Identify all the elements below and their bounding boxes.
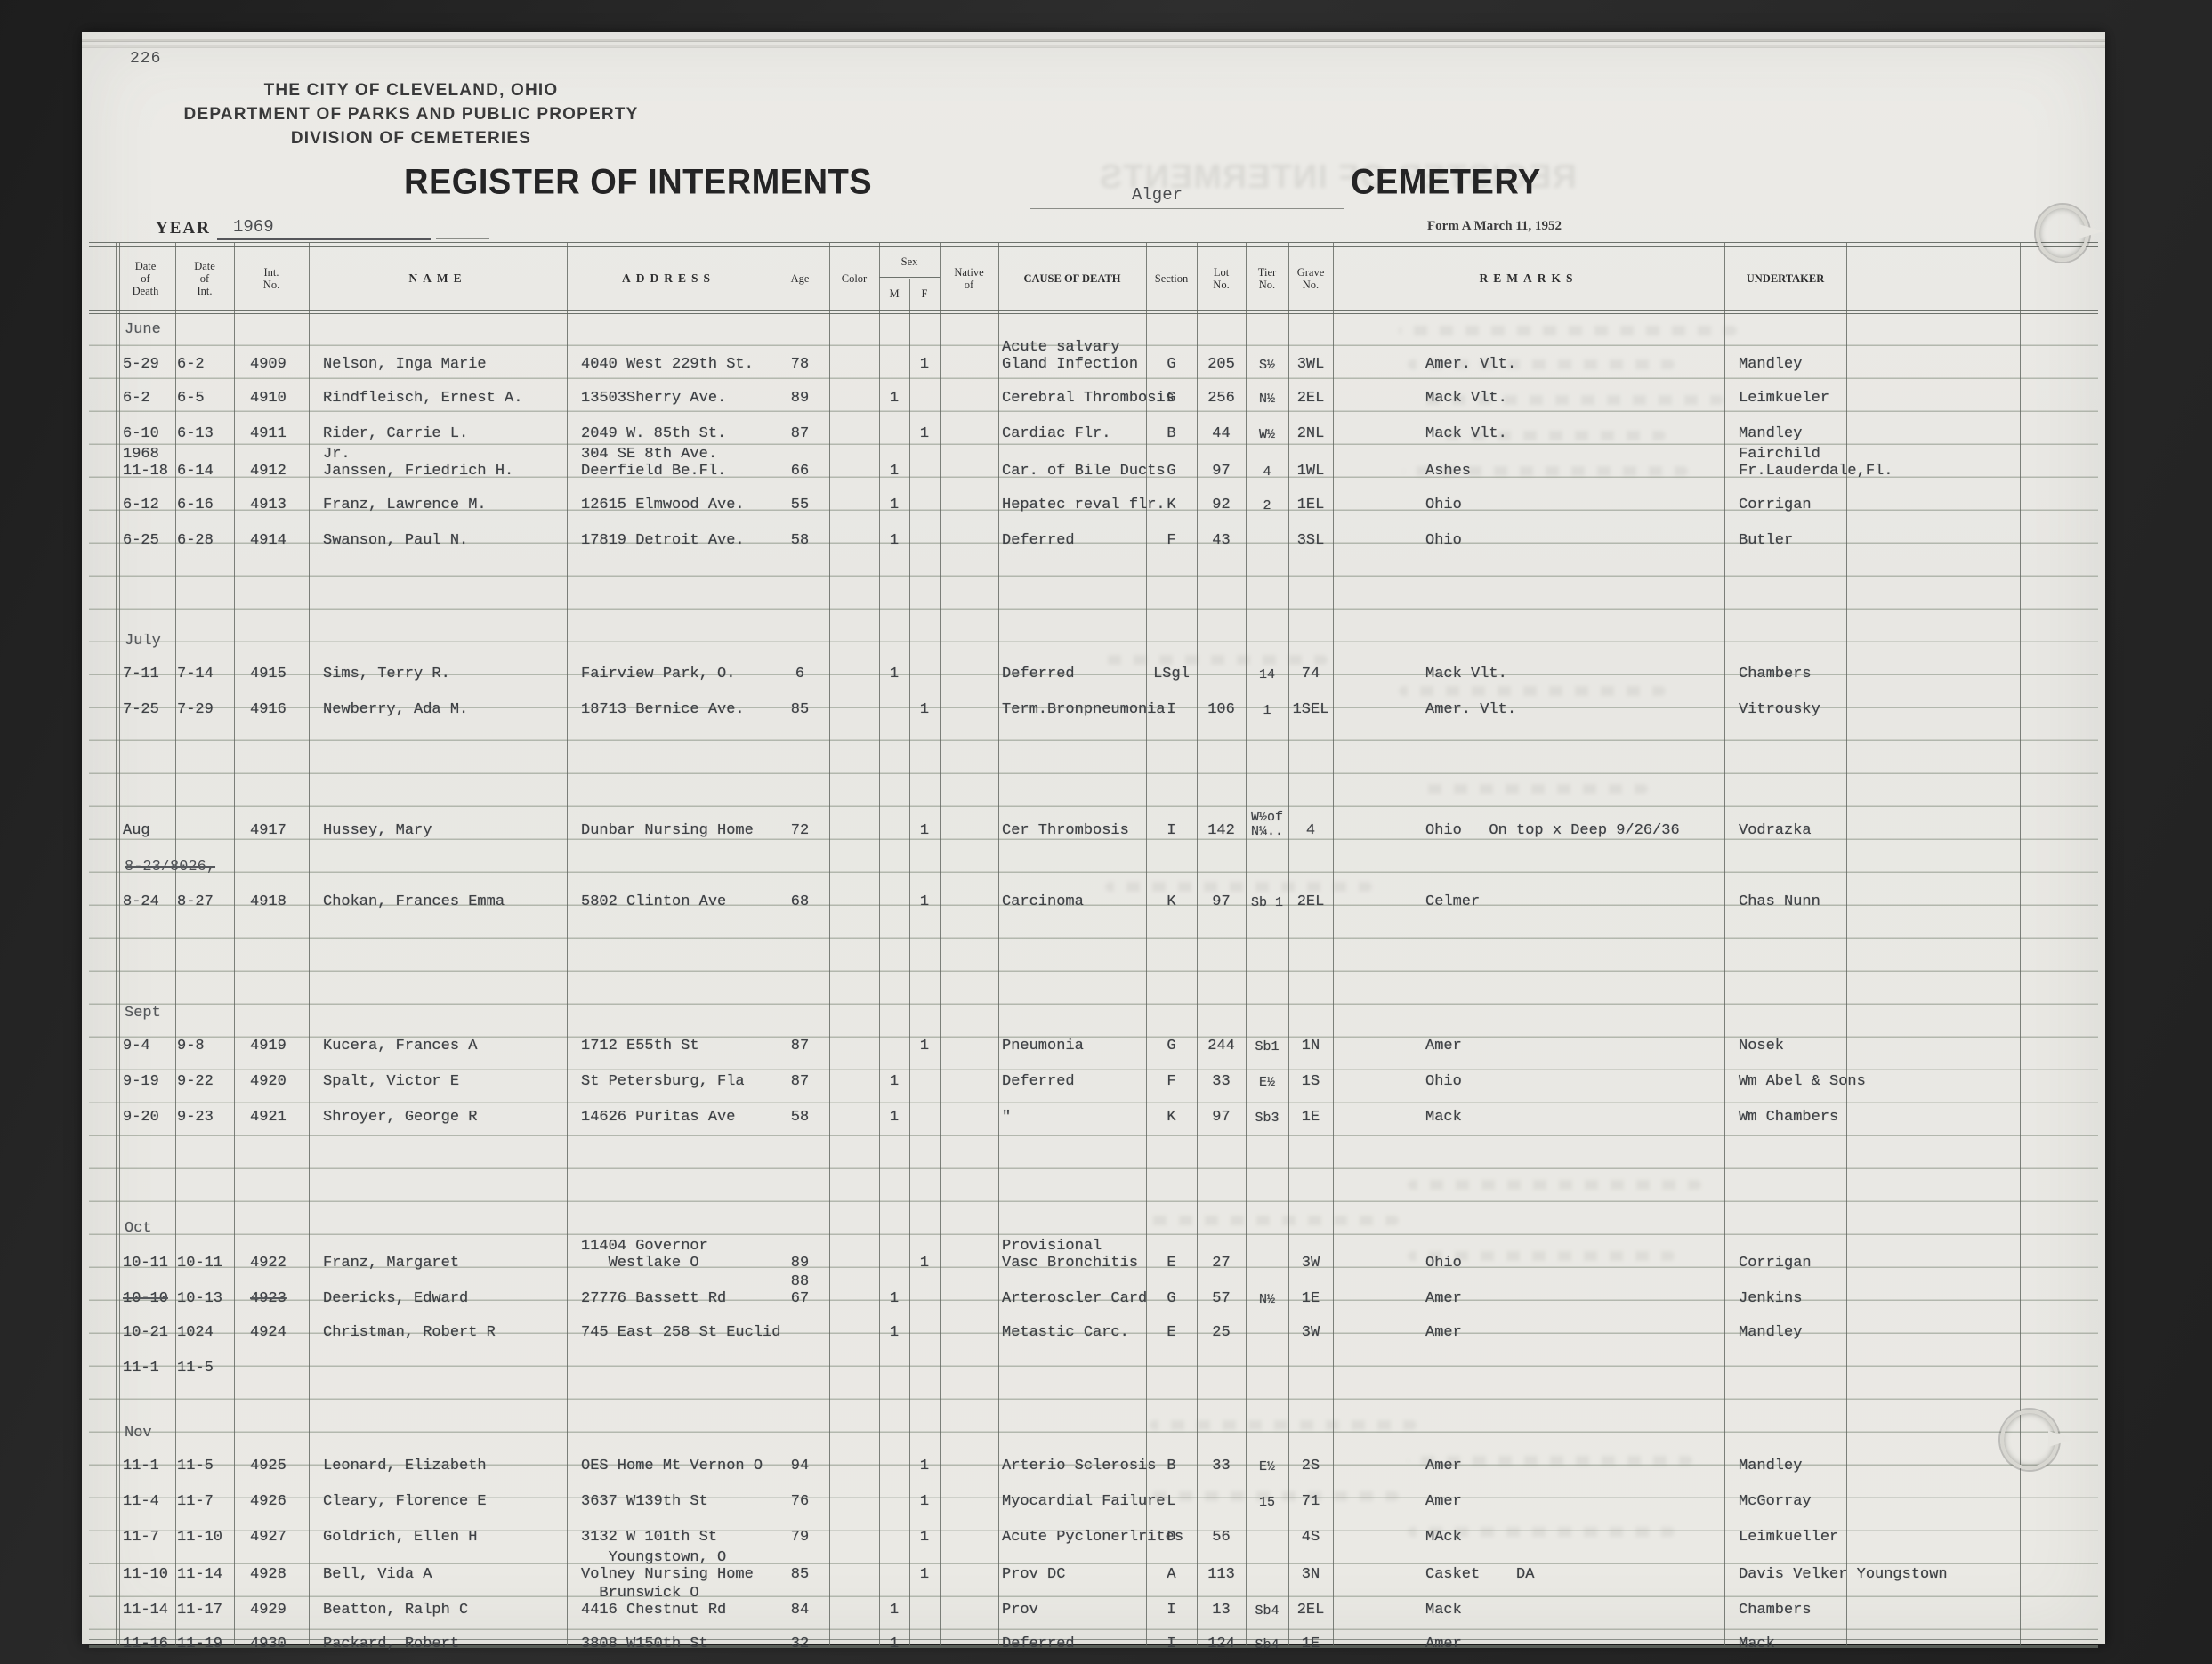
cell-color: [829, 1239, 879, 1276]
cell-date-of-death: 11-1: [116, 1443, 175, 1479]
cell-date-of-interment: 9-23: [175, 1095, 234, 1130]
cell-date-of-death: 9-4: [116, 1023, 175, 1059]
cell-lot-no: 106: [1197, 687, 1246, 723]
cell-blank: [1846, 411, 2020, 447]
cell-lot-no: 205: [1197, 340, 1246, 377]
cell-sex-female: 1: [909, 1443, 940, 1479]
empty-ruled-rows: [116, 915, 2020, 956]
cell-grave-no: 4: [1288, 808, 1333, 844]
cell-undertaker: Davis Velker Youngstown: [1724, 1550, 1846, 1587]
cell-name: Spalt, Victor E: [309, 1059, 567, 1095]
cell-name: Hussey, Mary: [309, 808, 567, 844]
cell-tier-no: Sb4: [1246, 1621, 1288, 1657]
cell-native-of: [940, 651, 998, 687]
cell-color: [829, 340, 879, 377]
cell-sex-male: [879, 1479, 909, 1515]
cell-sex-female: [909, 1586, 940, 1623]
cell-blank: [1846, 687, 2020, 723]
cell-color: [829, 1443, 879, 1479]
cell-remarks: [1333, 1345, 1724, 1381]
cell-lot-no: 142: [1197, 808, 1246, 844]
cell-interment-no: 4915: [234, 651, 309, 687]
cell-grave-no: 2EL: [1288, 1586, 1333, 1623]
interment-row: Aug4917Hussey, MaryDunbar Nursing Home72…: [116, 808, 2020, 844]
bleedthrough-smudge: [1408, 359, 1675, 369]
cell-age: [771, 1345, 829, 1381]
cell-lot-no: [1197, 1345, 1246, 1381]
month-label: Oct: [125, 1220, 152, 1237]
cell-cause-of-death: Acute Pyclonerlrites: [998, 1515, 1146, 1550]
bleedthrough-smudge: [1105, 882, 1372, 892]
paper-sheet: REGISTER OF INTERMENTS 226 THE CITY OF C…: [82, 32, 2105, 1644]
cell-grave-no: 4S: [1288, 1515, 1333, 1550]
cell-native-of: [940, 518, 998, 553]
cell-cause-of-death: Prov DC: [998, 1550, 1146, 1587]
cell-date-of-death: 9-19: [116, 1059, 175, 1095]
cell-name: Bell, Vida A: [309, 1550, 567, 1587]
cell-remarks: Amer. Vlt.: [1333, 340, 1724, 377]
cell-interment-no: 4928: [234, 1550, 309, 1587]
cell-date-of-death: 7-25: [116, 687, 175, 723]
cell-undertaker: McGorray: [1724, 1479, 1846, 1515]
interment-row: 11-111-54925Leonard, ElizabethOES Home M…: [116, 1443, 2020, 1479]
cell-interment-no: 4910: [234, 376, 309, 411]
col-header-remarks: REMARKS: [1333, 246, 1724, 310]
cell-remarks: Mack Vlt.: [1333, 651, 1724, 687]
cell-name: Chokan, Frances Emma: [309, 879, 567, 915]
cell-interment-no: [234, 1345, 309, 1381]
table-header: Date of Death Date of Int. Int. No. NAME…: [116, 246, 2020, 310]
cell-interment-no: 4918: [234, 879, 309, 915]
cell-address: 2049 W. 85th St.: [567, 411, 771, 447]
cell-grave-no: 1E: [1288, 1621, 1333, 1657]
cell-native-of: [940, 1059, 998, 1095]
cell-blank: [1846, 447, 2020, 484]
cell-cause-of-death: Metastic Carc.: [998, 1310, 1146, 1345]
cell-name: Sims, Terry R.: [309, 651, 567, 687]
cell-native-of: [940, 447, 998, 484]
cell-undertaker: Mack: [1724, 1621, 1846, 1657]
cell-address: 27776 Bassett Rd: [567, 1274, 771, 1312]
cell-age: 87: [771, 411, 829, 447]
cell-remarks: Ohio On top x Deep 9/26/36: [1333, 808, 1724, 844]
cell-tier-no: [1246, 1550, 1288, 1587]
cell-lot-no: 113: [1197, 1550, 1246, 1587]
cell-undertaker: Leimkueler: [1724, 376, 1846, 411]
cell-sex-female: [909, 651, 940, 687]
cell-sex-female: 1: [909, 1550, 940, 1587]
cell-cause-of-death: Provisional Vasc Bronchitis: [998, 1239, 1146, 1276]
cell-lot-no: 44: [1197, 411, 1246, 447]
cell-cause-of-death: Term.Bronpneumonia: [998, 687, 1146, 723]
cell-date-of-interment: 11-17: [175, 1586, 234, 1623]
cell-address: OES Home Mt Vernon O: [567, 1443, 771, 1479]
cell-blank: [1846, 1515, 2020, 1550]
cell-color: [829, 482, 879, 518]
cell-remarks: Amer: [1333, 1621, 1724, 1657]
cell-name: Rider, Carrie L.: [309, 411, 567, 447]
cell-section: G: [1146, 340, 1197, 377]
cell-sex-male: 1: [879, 1274, 909, 1312]
cell-date-of-interment: 6-28: [175, 518, 234, 553]
cell-age: 32: [771, 1621, 829, 1657]
struck-text: 8-23/8026,: [125, 859, 215, 876]
col-header-cause-of-death: CAUSE OF DEATH: [998, 246, 1146, 310]
cell-interment-no: 4919: [234, 1023, 309, 1059]
bleedthrough-smudge: [1150, 1420, 1417, 1430]
bleedthrough-smudge: [1408, 1456, 1692, 1466]
cell-native-of: [940, 1239, 998, 1276]
cell-date-of-interment: 11-5: [175, 1443, 234, 1479]
bleedthrough-smudge: [1150, 1491, 1399, 1501]
cell-interment-no: 4924: [234, 1310, 309, 1345]
cell-lot-no: 244: [1197, 1023, 1246, 1059]
cell-address: Fairview Park, O.: [567, 651, 771, 687]
cell-address: 3808 W150th St: [567, 1621, 771, 1657]
cell-age: 87: [771, 1023, 829, 1059]
cell-remarks: Amer: [1333, 1310, 1724, 1345]
cell-remarks: Casket DA: [1333, 1550, 1724, 1587]
cell-address: Brunswick O 4416 Chestnut Rd: [567, 1586, 771, 1623]
cell-date-of-interment: 6-13: [175, 411, 234, 447]
cell-section: D: [1146, 1515, 1197, 1550]
cell-native-of: [940, 1586, 998, 1623]
cell-tier-no: Sb3: [1246, 1095, 1288, 1130]
cell-age: 87: [771, 1059, 829, 1095]
cell-date-of-death: 11-16: [116, 1621, 175, 1657]
cell-sex-male: [879, 879, 909, 915]
cell-name: Nelson, Inga Marie: [309, 340, 567, 377]
cell-date-of-death: 6-10: [116, 411, 175, 447]
cell-age: 66: [771, 447, 829, 484]
cell-sex-male: [879, 1239, 909, 1276]
cell-age: 84: [771, 1586, 829, 1623]
cell-blank: [1846, 1550, 2020, 1587]
col-header-interment-no: Int. No.: [234, 246, 309, 310]
col-header-grave-no: Grave No.: [1288, 246, 1333, 310]
cell-section: E: [1146, 1310, 1197, 1345]
cell-interment-no: 4929: [234, 1586, 309, 1623]
cell-tier-no: [1246, 1515, 1288, 1550]
cell-cause-of-death: ": [998, 1095, 1146, 1130]
cell-name: Cleary, Florence E: [309, 1479, 567, 1515]
empty-ruled-rows: [116, 1130, 2020, 1171]
col-header-blank: [1846, 246, 2020, 310]
cell-color: [829, 1515, 879, 1550]
interment-row: 11-1011-144928Bell, Vida A Youngstown, O…: [116, 1550, 2020, 1586]
cell-undertaker: Chambers: [1724, 651, 1846, 687]
cemetery-name: Alger: [1132, 185, 1183, 205]
cell-cause-of-death: Cardiac Flr.: [998, 411, 1146, 447]
interment-row: 7-117-144915Sims, Terry R.Fairview Park,…: [116, 651, 2020, 687]
cell-sex-female: 1: [909, 879, 940, 915]
org-line-1: THE CITY OF CLEVELAND, OHIO: [135, 78, 687, 102]
cell-grave-no: 3W: [1288, 1239, 1333, 1276]
cell-name: Goldrich, Ellen H: [309, 1515, 567, 1550]
cell-interment-no: 4916: [234, 687, 309, 723]
cell-color: [829, 1023, 879, 1059]
cell-section: B: [1146, 411, 1197, 447]
cell-undertaker: Vitrousky: [1724, 687, 1846, 723]
stacked-sheet-edge: [82, 45, 2105, 47]
cell-interment-no: 4914: [234, 518, 309, 553]
cell-undertaker: Wm Chambers: [1724, 1095, 1846, 1130]
cell-date-of-interment: 7-29: [175, 687, 234, 723]
cell-section: I: [1146, 687, 1197, 723]
cell-interment-no: 4920: [234, 1059, 309, 1095]
cell-grave-no: 2EL: [1288, 376, 1333, 411]
cell-sex-male: 1: [879, 482, 909, 518]
cell-address: [567, 1345, 771, 1381]
cell-remarks: Ohio: [1333, 1059, 1724, 1095]
cell-address: 14626 Puritas Ave: [567, 1095, 771, 1130]
cell-native-of: [940, 687, 998, 723]
cell-native-of: [940, 1479, 998, 1515]
cell-date-of-interment: 9-22: [175, 1059, 234, 1095]
cell-grave-no: 1E: [1288, 1274, 1333, 1312]
cell-address: 18713 Bernice Ave.: [567, 687, 771, 723]
bleedthrough-smudge: [1408, 1527, 1675, 1537]
cell-address: 3637 W139th St: [567, 1479, 771, 1515]
cell-blank: [1846, 1479, 2020, 1515]
register-entries: June5-296-24909Nelson, Inga Marie4040 We…: [116, 313, 2020, 1657]
month-label: July: [125, 633, 161, 650]
cell-sex-male: 1: [879, 1095, 909, 1130]
col-header-sex: Sex: [879, 246, 940, 278]
cell-tier-no: 4: [1246, 447, 1288, 484]
cell-tier-no: [1246, 1239, 1288, 1276]
cell-date-of-interment: 6-5: [175, 376, 234, 411]
cell-interment-no: 4930: [234, 1621, 309, 1657]
year-label: YEAR: [156, 219, 211, 238]
cell-blank: [1846, 1621, 2020, 1657]
cell-remarks: Mack: [1333, 1095, 1724, 1130]
col-header-sex-group: Sex M F: [879, 246, 940, 310]
cell-blank: [1846, 1023, 2020, 1059]
cell-sex-male: 1: [879, 1586, 909, 1623]
month-section-label: July: [116, 625, 2020, 651]
cell-native-of: [940, 1310, 998, 1345]
cell-section: G: [1146, 376, 1197, 411]
cell-remarks: Amer: [1333, 1274, 1724, 1312]
page-number: 226: [130, 50, 161, 68]
cell-native-of: [940, 411, 998, 447]
cell-remarks: Celmer: [1333, 879, 1724, 915]
cell-blank: [1846, 376, 2020, 411]
interment-row: 10-2110244924Christman, Robert R745 East…: [116, 1310, 2020, 1345]
cell-date-of-death: 8-24: [116, 879, 175, 915]
col-header-date-of-death: Date of Death: [116, 246, 175, 310]
binding-margin-rule: [101, 243, 101, 1645]
cell-name: Jr. Janssen, Friedrich H.: [309, 447, 567, 484]
cell-date-of-interment: 11-19: [175, 1621, 234, 1657]
cell-section: B: [1146, 1443, 1197, 1479]
cell-section: E: [1146, 1239, 1197, 1276]
cell-undertaker: Corrigan: [1724, 1239, 1846, 1276]
cell-sex-male: 1: [879, 1310, 909, 1345]
col-header-undertaker: UNDERTAKER: [1724, 246, 1846, 310]
cell-sex-male: 1: [879, 1059, 909, 1095]
cell-sex-male: [879, 687, 909, 723]
cell-remarks: Mack Vlt.: [1333, 411, 1724, 447]
cell-native-of: [940, 1443, 998, 1479]
cell-color: [829, 1095, 879, 1130]
org-line-2: DEPARTMENT OF PARKS AND PUBLIC PROPERTY: [135, 102, 687, 126]
cell-date-of-interment: 6-16: [175, 482, 234, 518]
cell-interment-no: 4925: [234, 1443, 309, 1479]
cell-address: 304 SE 8th Ave. Deerfield Be.Fl.: [567, 447, 771, 484]
cell-cause-of-death: [998, 1345, 1146, 1381]
cell-blank: [1846, 518, 2020, 553]
cell-section: G: [1146, 447, 1197, 484]
cell-date-of-death: 11-4: [116, 1479, 175, 1515]
cell-tier-no: [1246, 1345, 1288, 1381]
col-header-section: Section: [1146, 246, 1197, 310]
cell-native-of: [940, 1095, 998, 1130]
cell-date-of-death: 6-25: [116, 518, 175, 553]
bleedthrough-smudge: [1105, 655, 1328, 665]
cell-cause-of-death: Cer Thrombosis: [998, 808, 1146, 844]
cell-sex-female: 1: [909, 1515, 940, 1550]
year-value: 1969: [233, 217, 274, 237]
cell-remarks: Amer: [1333, 1023, 1724, 1059]
interment-row: 9-49-84919Kucera, Frances A1712 E55th St…: [116, 1023, 2020, 1059]
cell-color: [829, 411, 879, 447]
cell-cause-of-death: Deferred: [998, 1621, 1146, 1657]
cell-sex-male: [879, 411, 909, 447]
cell-sex-female: 1: [909, 808, 940, 844]
cell-grave-no: 1E: [1288, 1095, 1333, 1130]
cell-date-of-interment: 1024: [175, 1310, 234, 1345]
cell-date-of-death: Aug: [116, 808, 175, 844]
cell-date-of-death: 11-7: [116, 1515, 175, 1550]
cell-tier-no: W½of N¼..: [1246, 808, 1288, 844]
cell-name: Newberry, Ada M.: [309, 687, 567, 723]
cell-sex-male: [879, 808, 909, 844]
cell-color: [829, 1621, 879, 1657]
bleedthrough-smudge: [1399, 686, 1666, 696]
cell-interment-no: 4917: [234, 808, 309, 844]
bleedthrough-smudge: [1399, 326, 1737, 335]
cell-date-of-death: 10-10: [116, 1274, 175, 1312]
cell-remarks: Ohio: [1333, 518, 1724, 553]
cell-interment-no: 4913: [234, 482, 309, 518]
cell-lot-no: 92: [1197, 482, 1246, 518]
cell-cause-of-death: Pneumonia: [998, 1023, 1146, 1059]
cell-section: I: [1146, 808, 1197, 844]
cell-section: G: [1146, 1274, 1197, 1312]
cell-color: [829, 651, 879, 687]
cell-lot-no: 124: [1197, 1621, 1246, 1657]
cell-cause-of-death: Myocardial Failure: [998, 1479, 1146, 1515]
bleedthrough-smudge: [1403, 466, 1688, 476]
cell-name: Rindfleisch, Ernest A.: [309, 376, 567, 411]
cell-tier-no: E½: [1246, 1443, 1288, 1479]
cell-tier-no: Sb4: [1246, 1586, 1288, 1623]
cell-sex-male: [879, 1443, 909, 1479]
month-label: Sept: [125, 1005, 161, 1022]
header-bottom-rule: [89, 310, 2098, 311]
cell-date-of-death: 7-11: [116, 651, 175, 687]
cell-section: [1146, 1345, 1197, 1381]
bleedthrough-smudge: [1150, 1216, 1399, 1225]
cell-interment-no: 4921: [234, 1095, 309, 1130]
cell-sex-female: 1: [909, 340, 940, 377]
cell-age: 85: [771, 1550, 829, 1587]
bleedthrough-smudge: [1417, 784, 1648, 794]
cell-lot-no: 57: [1197, 1274, 1246, 1312]
interment-row: 6-126-164913Franz, Lawrence M.12615 Elmw…: [116, 482, 2020, 518]
cell-sex-female: [909, 1310, 940, 1345]
cell-undertaker: Chas Nunn: [1724, 879, 1846, 915]
cell-sex-female: [909, 1059, 940, 1095]
cell-address: 11404 Governor Westlake O: [567, 1239, 771, 1276]
cell-tier-no: [1246, 1310, 1288, 1345]
cell-interment-no: 4909: [234, 340, 309, 377]
cell-tier-no: N½: [1246, 1274, 1288, 1312]
cell-date-of-interment: 10-13: [175, 1274, 234, 1312]
month-label: June: [125, 321, 161, 338]
cell-cause-of-death: Arterio Sclerosis: [998, 1443, 1146, 1479]
cell-blank: [1846, 651, 2020, 687]
cell-interment-no: 4923: [234, 1274, 309, 1312]
col-header-date-of-interment: Date of Int.: [175, 246, 234, 310]
cell-lot-no: 25: [1197, 1310, 1246, 1345]
cell-cause-of-death: Acute salvary Gland Infection: [998, 340, 1146, 377]
cell-cause-of-death: Car. of Bile Ducts: [998, 447, 1146, 484]
cell-cause-of-death: Cerebral Thrombosis: [998, 376, 1146, 411]
cell-sex-female: [909, 482, 940, 518]
table-top-rule: [89, 242, 2098, 243]
cell-name: Beatton, Ralph C: [309, 1586, 567, 1623]
cell-age: 58: [771, 1095, 829, 1130]
interment-row: 10-1010-134923Deericks, Edward27776 Bass…: [116, 1274, 2020, 1310]
cell-age: 55: [771, 482, 829, 518]
interment-row: 5-296-24909Nelson, Inga Marie4040 West 2…: [116, 340, 2020, 376]
cell-age: 94: [771, 1443, 829, 1479]
cell-sex-female: [909, 1274, 940, 1312]
empty-ruled-rows: [116, 589, 2020, 625]
cell-blank: [1846, 1310, 2020, 1345]
cell-address: Youngstown, O Volney Nursing Home: [567, 1550, 771, 1587]
form-note: Form A March 11, 1952: [1427, 219, 1562, 234]
cell-color: [829, 518, 879, 553]
cell-date-of-interment: 6-14: [175, 447, 234, 484]
interment-row: 9-209-234921Shroyer, George R14626 Purit…: [116, 1095, 2020, 1130]
cell-undertaker: Jenkins: [1724, 1274, 1846, 1312]
month-label: Nov: [125, 1425, 152, 1442]
cell-native-of: [940, 376, 998, 411]
cell-color: [829, 687, 879, 723]
cell-native-of: [940, 1515, 998, 1550]
cell-date-of-interment: 8-27: [175, 879, 234, 915]
cell-section: K: [1146, 1095, 1197, 1130]
cell-sex-female: [909, 447, 940, 484]
cell-color: [829, 1310, 879, 1345]
cell-date-of-death: 10-11: [116, 1239, 175, 1276]
cell-date-of-death: 11-1: [116, 1345, 175, 1381]
interment-row: 11-111-5: [116, 1345, 2020, 1381]
cell-tier-no: 2: [1246, 482, 1288, 518]
cell-color: [829, 879, 879, 915]
cell-date-of-death: 10-21: [116, 1310, 175, 1345]
cell-sex-female: 1: [909, 411, 940, 447]
cell-age: 89: [771, 376, 829, 411]
cell-interment-no: 4926: [234, 1479, 309, 1515]
col-header-sex-female: F: [909, 278, 940, 310]
cell-address: 1712 E55th St: [567, 1023, 771, 1059]
cell-color: [829, 447, 879, 484]
